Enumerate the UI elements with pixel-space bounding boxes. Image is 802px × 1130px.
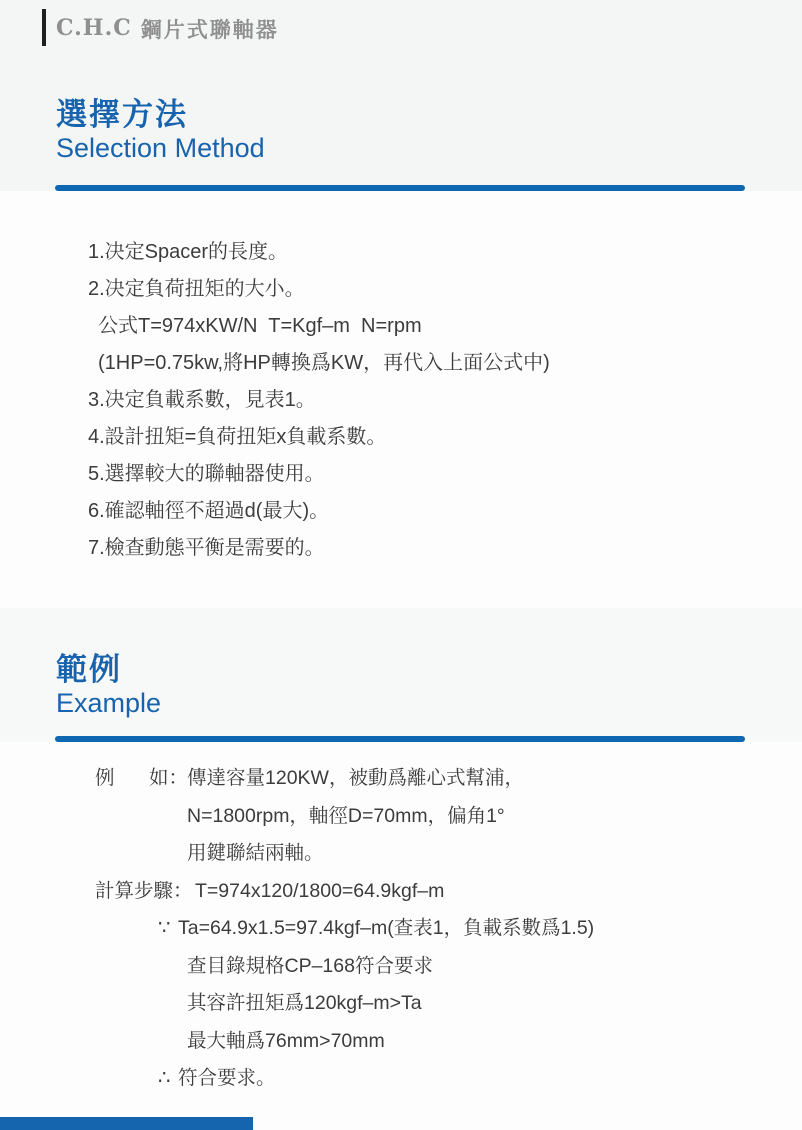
- selection-steps-list: 1.决定Spacer的長度。 2.决定負荷扭矩的大小。 公式T=974xKW/N…: [88, 239, 550, 572]
- example-label2: 如：: [149, 765, 188, 792]
- example-text: N=1800rpm，軸徑D=70mm，偏角1°: [187, 803, 505, 830]
- selection-step: 5.選擇較大的聯軸器使用。: [88, 461, 550, 498]
- example-line: 其容許扭矩爲120kgf–m>Ta: [95, 990, 745, 1028]
- example-body: 例 如： 傳達容量120KW，被動爲離心式幫浦， N=1800rpm，軸徑D=7…: [95, 765, 745, 1103]
- example-line: 最大軸爲76mm>70mm: [95, 1028, 745, 1066]
- example-text: Ta=64.9x1.5=97.4kgf–m(查表1，負載系數爲1.5): [178, 915, 594, 942]
- example-line: 查目錄規格CP–168符合要求: [95, 953, 745, 991]
- brand-logo-text: C.H.C: [56, 15, 132, 41]
- selection-step: 7.檢查動態平衡是需要的。: [88, 535, 550, 572]
- selection-step: 4.設計扭矩=負荷扭矩x負載系數。: [88, 424, 550, 461]
- example-title-zh: 範例: [56, 651, 161, 688]
- example-line: N=1800rpm，軸徑D=70mm，偏角1°: [95, 803, 745, 841]
- selection-title-en: Selection Method: [56, 133, 265, 164]
- selection-step-note: (1HP=0.75kw,將HP轉換爲KW，再代入上面公式中): [88, 350, 550, 387]
- selection-divider-rule: [55, 185, 745, 191]
- selection-step: 2.决定負荷扭矩的大小。: [88, 276, 550, 313]
- selection-section-title: 選擇方法 Selection Method: [56, 96, 265, 164]
- page-header: C.H.C 鋼片式聯軸器: [42, 9, 279, 46]
- selection-step: 6.確認軸徑不超過d(最大)。: [88, 498, 550, 535]
- catalog-page: C.H.C 鋼片式聯軸器 選擇方法 Selection Method 1.决定S…: [0, 0, 802, 1130]
- product-name: 鋼片式聯軸器: [141, 12, 279, 44]
- example-text: 其容許扭矩爲120kgf–m>Ta: [187, 990, 422, 1017]
- header-accent-bar: [42, 9, 46, 46]
- example-line: 例 如： 傳達容量120KW，被動爲離心式幫浦，: [95, 765, 745, 803]
- selection-step: 3.决定負載系數，見表1。: [88, 387, 550, 424]
- example-line: ∵ Ta=64.9x1.5=97.4kgf–m(查表1，負載系數爲1.5): [95, 915, 745, 953]
- example-text: 最大軸爲76mm>70mm: [187, 1028, 385, 1055]
- selection-step-formula: 公式T=974xKW/N T=Kgf–m N=rpm: [88, 313, 550, 350]
- example-label: 計算步驟：: [95, 878, 193, 905]
- example-text: 傳達容量120KW，被動爲離心式幫浦，: [187, 765, 524, 792]
- example-label: 例: [95, 765, 115, 792]
- example-text: 用鍵聯結兩軸。: [187, 840, 324, 867]
- example-line: ∴ 符合要求。: [95, 1065, 745, 1103]
- example-divider-rule: [55, 736, 745, 742]
- example-text: 符合要求。: [178, 1065, 276, 1092]
- because-symbol: ∵: [158, 915, 170, 942]
- selection-title-zh: 選擇方法: [56, 96, 265, 133]
- example-text: 查目錄規格CP–168符合要求: [187, 953, 433, 980]
- therefore-symbol: ∴: [158, 1065, 170, 1092]
- example-line: 用鍵聯結兩軸。: [95, 840, 745, 878]
- example-line: 計算步驟： T=974x120/1800=64.9kgf–m: [95, 878, 745, 916]
- footer-accent-bar: [0, 1117, 253, 1130]
- example-section-title: 範例 Example: [56, 651, 161, 719]
- selection-step: 1.决定Spacer的長度。: [88, 239, 550, 276]
- example-title-en: Example: [56, 688, 161, 719]
- example-text: T=974x120/1800=64.9kgf–m: [195, 878, 444, 905]
